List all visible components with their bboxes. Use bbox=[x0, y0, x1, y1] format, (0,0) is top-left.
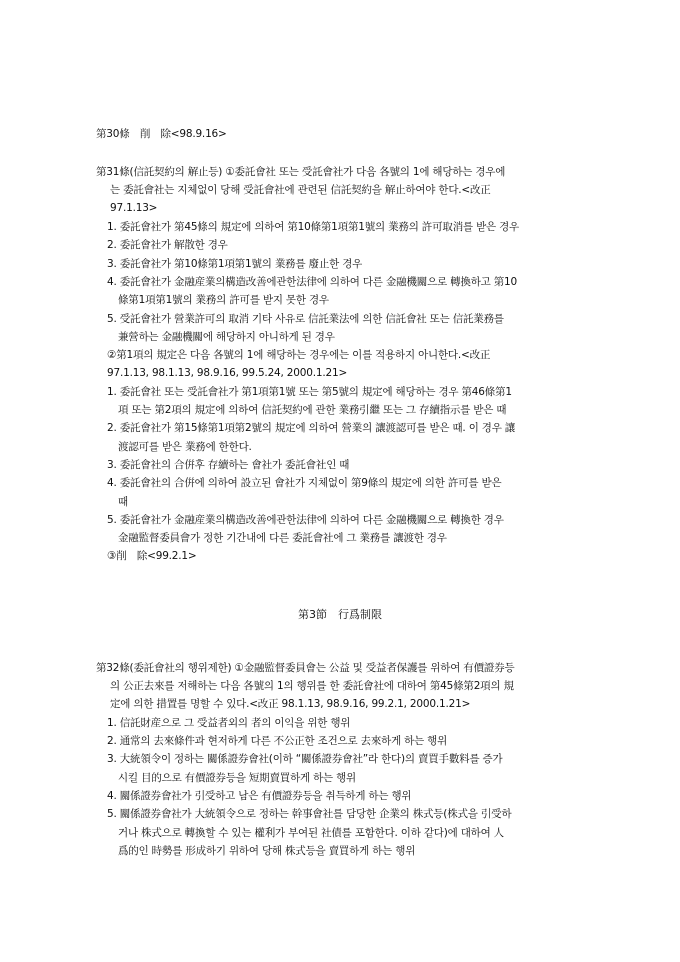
list-item-continued: 項 또는 第2項의 規定에 의하여 信託契約에 관한 業務引繼 또는 그 存續指… bbox=[118, 403, 506, 417]
list-item: 5. 關係證券會社가 大統領令으로 정하는 幹事會社를 담당한 企業의 株式등(… bbox=[107, 807, 511, 821]
list-item-continued: 爲的인 時勢를 形成하기 위하여 당해 株式등을 賣買하게 하는 행위 bbox=[118, 844, 415, 858]
article-31-text: 는 委託會社는 지체없이 당해 受託會社에 관련된 信託契約을 解止하여야 한다… bbox=[110, 183, 491, 197]
article-31-text: 97.1.13> bbox=[110, 201, 157, 215]
list-item: 2. 通常의 去來條件과 현저하게 다른 不公正한 조건으로 去來하게 하는 행… bbox=[107, 734, 447, 748]
list-item: 1. 信託財産으로 그 受益者외의 者의 이익을 위한 행위 bbox=[107, 716, 350, 730]
list-item-continued: 條第1項第1號의 業務의 許可를 받지 못한 경우 bbox=[118, 293, 329, 307]
list-item-continued: 때 bbox=[118, 495, 128, 509]
article-32-text: 定에 의한 措置를 명할 수 있다.<改正 98.1.13, 98.9.16, … bbox=[110, 697, 470, 711]
list-item: 4. 委託會社가 金融産業의構造改善에관한法律에 의하여 다른 金融機關으로 轉… bbox=[107, 275, 517, 289]
article-30-deleted: 第30條 削 除<98.9.16> bbox=[96, 127, 227, 141]
article-32-text: 의 公正去來를 저해하는 다음 各號의 1의 행위를 한 委託會社에 대하여 第… bbox=[110, 679, 514, 693]
list-item-continued: 兼營하는 金融機關에 해당하지 아니하게 된 경우 bbox=[118, 330, 335, 344]
list-item-continued: 시킬 目的으로 有價證券등을 短期賣買하게 하는 행위 bbox=[118, 771, 356, 785]
list-item: 5. 受託會社가 營業許可의 取消 기타 사유로 信託業法에 의한 信託會社 또… bbox=[107, 312, 504, 326]
list-item: 2. 委託會社가 第15條第1項第2號의 規定에 의하여 營業의 讓渡認可를 받… bbox=[107, 421, 515, 435]
article-31-heading: 第31條(信託契約의 解止등) ①委託會社 또는 受託會社가 다음 各號의 1에… bbox=[96, 165, 505, 179]
list-item: 4. 關係證券會社가 引受하고 남은 有價證券등을 취득하게 하는 행위 bbox=[107, 789, 411, 803]
list-item: 1. 委託會社가 第45條의 規定에 의하여 第10條第1項第1號의 業務의 許… bbox=[107, 220, 519, 234]
paragraph-2: ②第1項의 規定은 다음 各號의 1에 해당하는 경우에는 이를 적용하지 아니… bbox=[107, 348, 490, 362]
document-page: 第30條 削 除<98.9.16> 第31條(信託契約의 解止등) ①委託會社 … bbox=[0, 0, 680, 962]
paragraph-2-continued: 97.1.13, 98.1.13, 98.9.16, 99.5.24, 2000… bbox=[107, 366, 347, 380]
list-item-continued: 거나 株式으로 轉換할 수 있는 權利가 부여된 社債를 포함한다. 이하 같다… bbox=[118, 826, 504, 840]
list-item: 3. 大統領令이 정하는 關係證券會社(이하 “關係證券會社”라 한다)의 賣買… bbox=[107, 752, 502, 766]
list-item: 4. 委託會社의 合倂에 의하여 設立된 會社가 지체없이 第9條의 規定에 의… bbox=[107, 476, 501, 490]
article-32-heading: 第32條(委託會社의 행위제한) ①金融監督委員會는 公益 및 受益者保護를 위… bbox=[96, 661, 514, 675]
paragraph-3-deleted: ③削 除<99.2.1> bbox=[107, 549, 197, 563]
list-item: 3. 委託會社의 合倂후 存續하는 會社가 委託會社인 때 bbox=[107, 458, 349, 472]
section-title: 第3節 行爲制限 bbox=[0, 606, 680, 622]
list-item-continued: 渡認可를 받은 業務에 한한다. bbox=[118, 440, 252, 454]
list-item: 3. 委託會社가 第10條第1項第1號의 業務를 廢止한 경우 bbox=[107, 257, 362, 271]
list-item-continued: 金融監督委員會가 정한 기간내에 다른 委託會社에 그 業務를 讓渡한 경우 bbox=[118, 531, 447, 545]
list-item: 1. 委託會社 또는 受託會社가 第1項第1號 또는 第5號의 規定에 해당하는… bbox=[107, 385, 512, 399]
list-item: 5. 委託會社가 金融産業의構造改善에관한法律에 의하여 다른 金融機關으로 轉… bbox=[107, 513, 504, 527]
list-item: 2. 委託會社가 解散한 경우 bbox=[107, 238, 228, 252]
